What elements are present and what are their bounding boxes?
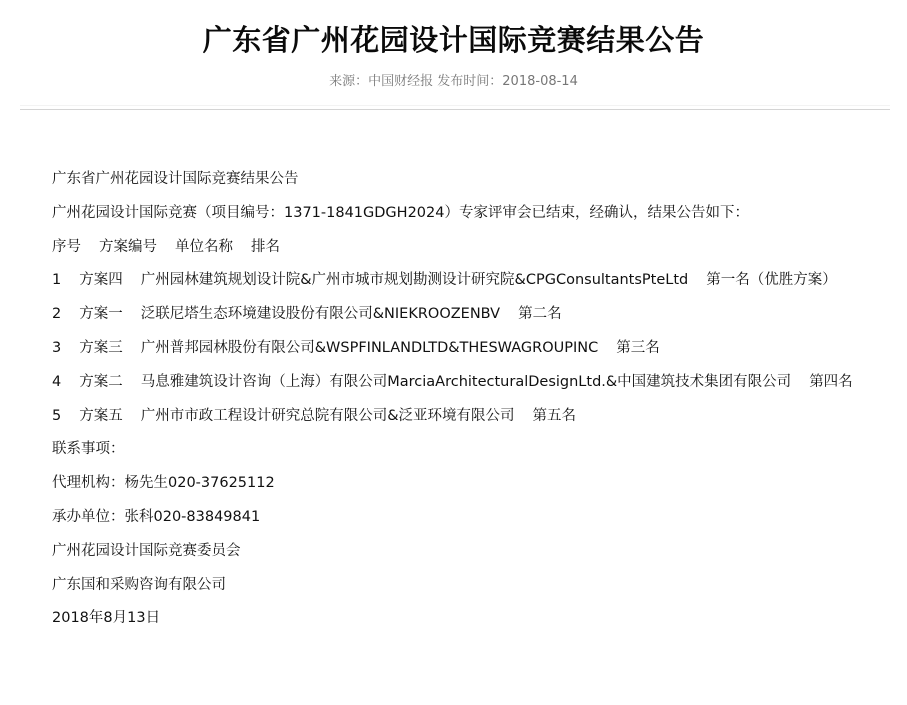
contact-heading: 联系事项： bbox=[20, 433, 888, 467]
intro-title: 广东省广州花园设计国际竞赛结果公告 bbox=[20, 163, 888, 197]
result-unit: 广州园林建筑规划设计院&广州市城市规划勘测设计研究院&CPGConsultant… bbox=[141, 272, 689, 288]
result-rank: 第二名 bbox=[518, 306, 562, 322]
result-unit: 泛联尼塔生态环境建设股份有限公司&NIEKROOZENBV bbox=[141, 306, 500, 322]
article-meta: 来源：中国财经报 发布时间：2018-08-14 bbox=[0, 72, 907, 92]
result-row: 2方案一泛联尼塔生态环境建设股份有限公司&NIEKROOZENBV第二名 bbox=[20, 298, 888, 332]
result-scheme: 方案五 bbox=[79, 408, 123, 424]
header-index: 序号 bbox=[52, 239, 81, 255]
result-row: 1方案四广州园林建筑规划设计院&广州市城市规划勘测设计研究院&CPGConsul… bbox=[20, 264, 888, 298]
committee-name: 广州花园设计国际竞赛委员会 bbox=[20, 535, 888, 569]
result-scheme: 方案二 bbox=[79, 374, 123, 390]
result-row: 4方案二马息雅建筑设计咨询（上海）有限公司MarciaArchitectural… bbox=[20, 366, 888, 400]
agency-contact: 代理机构：杨先生020-37625112 bbox=[20, 467, 888, 501]
result-index: 4 bbox=[52, 374, 61, 390]
result-index: 3 bbox=[52, 340, 61, 356]
result-unit: 广州市市政工程设计研究总院有限公司&泛亚环境有限公司 bbox=[141, 408, 515, 424]
result-index: 5 bbox=[52, 408, 61, 424]
header-unit: 单位名称 bbox=[175, 239, 233, 255]
header-rank: 排名 bbox=[251, 239, 280, 255]
result-index: 2 bbox=[52, 306, 61, 322]
divider-faint bbox=[20, 105, 890, 106]
results-header-row: 序号方案编号单位名称排名 bbox=[20, 231, 888, 265]
result-row: 5方案五广州市市政工程设计研究总院有限公司&泛亚环境有限公司第五名 bbox=[20, 400, 888, 434]
result-scheme: 方案三 bbox=[79, 340, 123, 356]
result-scheme: 方案四 bbox=[79, 272, 123, 288]
result-row: 3方案三广州普邦园林股份有限公司&WSPFINLANDLTD&THESWAGRO… bbox=[20, 332, 888, 366]
result-rank: 第三名 bbox=[616, 340, 660, 356]
title-divider bbox=[20, 109, 890, 110]
result-unit: 广州普邦园林股份有限公司&WSPFINLANDLTD&THESWAGROUPIN… bbox=[141, 340, 598, 356]
company-name: 广东国和采购咨询有限公司 bbox=[20, 569, 888, 603]
intro-text: 广州花园设计国际竞赛（项目编号：1371-1841GDGH2024）专家评审会已… bbox=[20, 197, 888, 231]
result-rank: 第五名 bbox=[533, 408, 577, 424]
header-scheme: 方案编号 bbox=[99, 239, 157, 255]
result-rank: 第四名 bbox=[809, 374, 853, 390]
result-rank: 第一名（优胜方案） bbox=[706, 272, 837, 288]
announcement-date: 2018年8月13日 bbox=[20, 602, 888, 636]
result-scheme: 方案一 bbox=[79, 306, 123, 322]
result-unit: 马息雅建筑设计咨询（上海）有限公司MarciaArchitecturalDesi… bbox=[141, 374, 791, 390]
article-title: 广东省广州花园设计国际竞赛结果公告 bbox=[0, 18, 907, 62]
organizer-contact: 承办单位：张科020-83849841 bbox=[20, 501, 888, 535]
result-index: 1 bbox=[52, 272, 61, 288]
article-body: 广东省广州花园设计国际竞赛结果公告 广州花园设计国际竞赛（项目编号：1371-1… bbox=[20, 163, 888, 636]
